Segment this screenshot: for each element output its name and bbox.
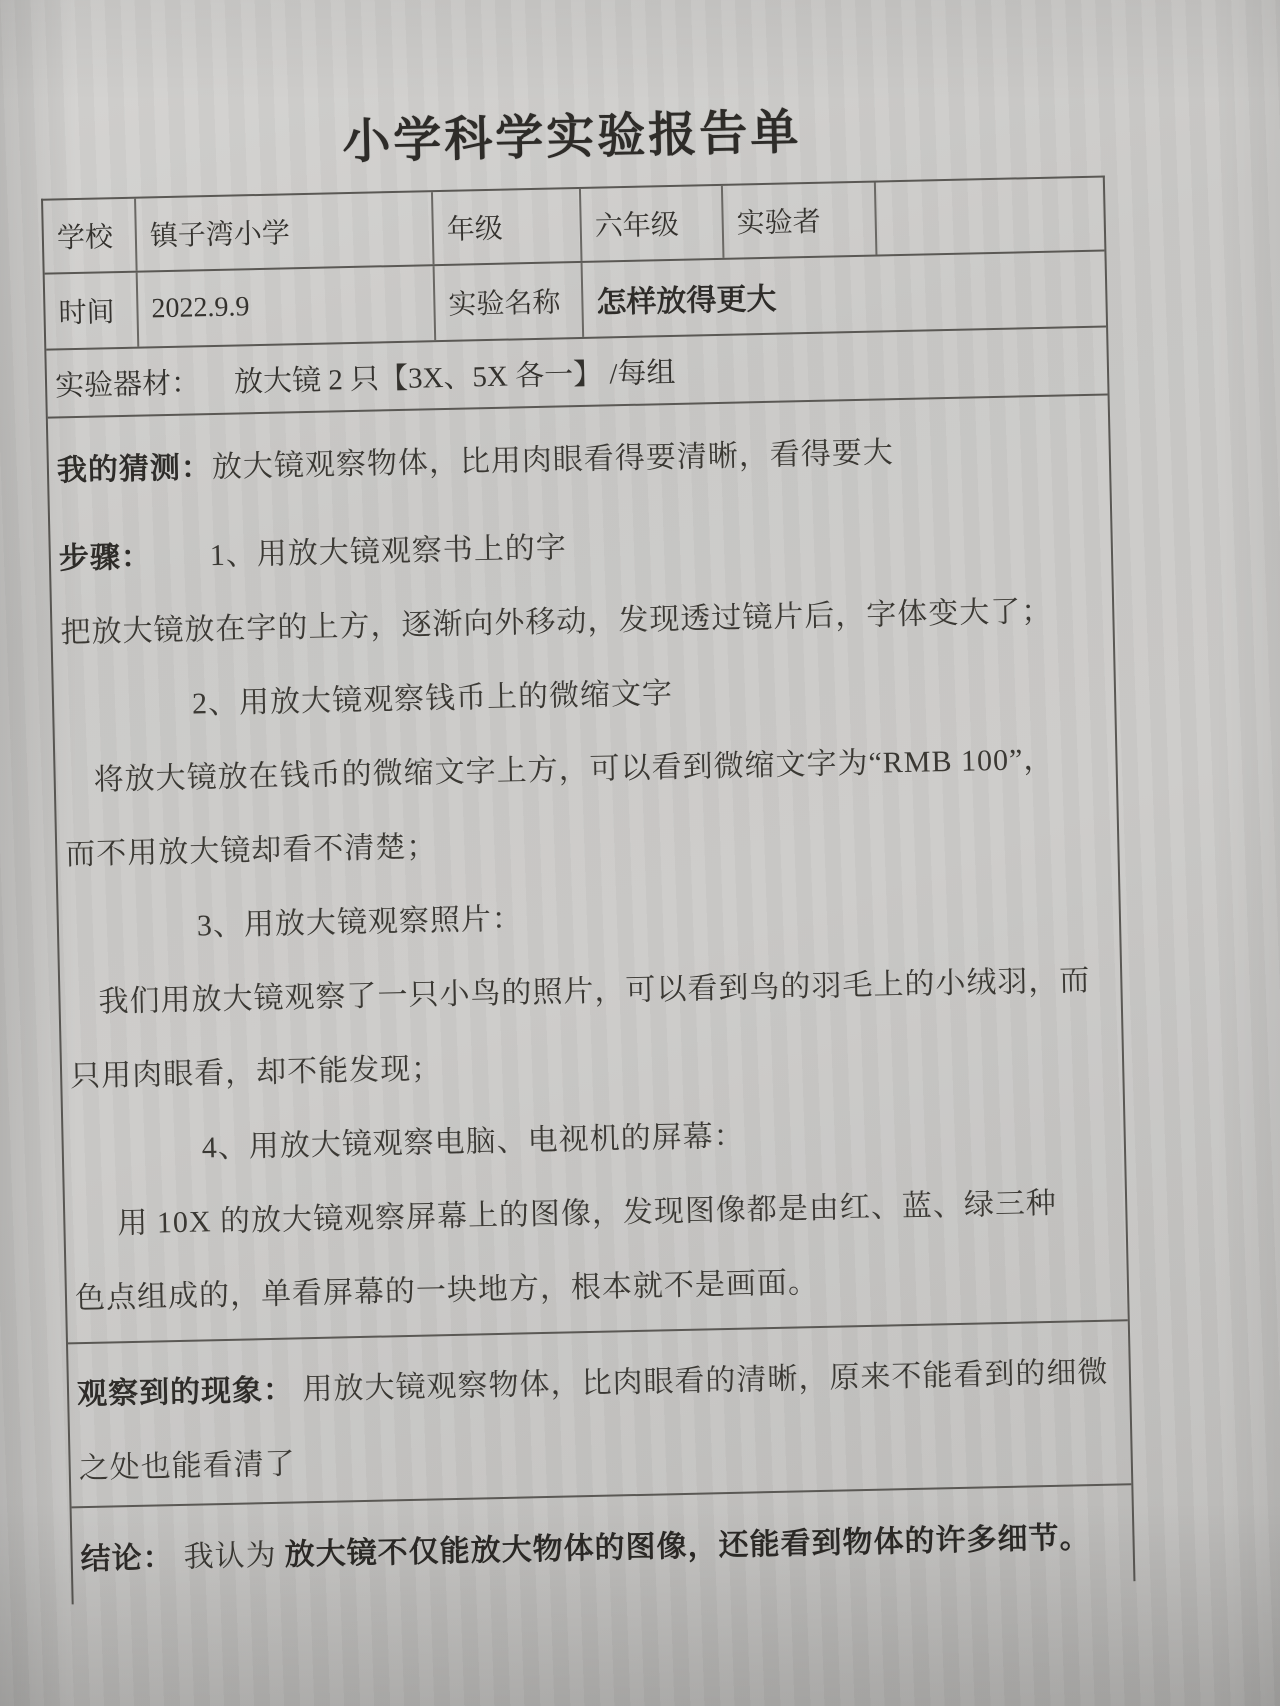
experiment-name-text: 怎样放得更大 [596, 274, 777, 322]
experimenter-value [876, 178, 1105, 255]
school-label: 学校 [43, 199, 138, 273]
steps-label: 步骤： [59, 540, 153, 575]
equipment-label: 实验器材： [55, 360, 201, 404]
table-row-observation: 观察到的现象： 用放大镜观察物体，比肉眼看的清晰，原来不能看到的细微 之处也能看… [68, 1321, 1131, 1508]
experiment-name-value: 怎样放得更大 [583, 252, 1106, 337]
conclusion-line: 结论：我认为放大镜不仅能放大物体的图像，还能看到物体的许多细节。 [80, 1512, 1091, 1578]
page-title: 小学科学实验报告单 [39, 87, 1104, 179]
guess-line: 我的猜测：放大镜观察物体，比用肉眼看得要清晰，看得要大 [56, 412, 1099, 509]
guess-label: 我的猜测： [57, 451, 213, 487]
school-value: 镇子湾小学 [136, 192, 435, 270]
report-sheet: 小学科学实验报告单 学校 镇子湾小学 年级 六年级 实验者 时间 2022.9.… [39, 87, 1135, 1605]
step-1-title: 1、用放大镜观察书上的字 [209, 531, 567, 572]
time-label: 时间 [45, 273, 140, 349]
conclusion-prefix: 我认为 [183, 1539, 277, 1574]
equipment-value: 放大镜 2 只【3X、5X 各一】 /每组 [234, 349, 676, 400]
observation-text-1: 用放大镜观察物体，比肉眼看的清晰，原来不能看到的细微 [302, 1356, 1109, 1407]
experiment-name-label: 实验名称 [435, 263, 585, 340]
conclusion-bold-text: 放大镜不仅能放大物体的图像，还能看到物体的许多细节。 [284, 1521, 1091, 1572]
report-table: 学校 镇子湾小学 年级 六年级 实验者 时间 2022.9.9 实验名称 怎样放… [41, 176, 1135, 1605]
time-value: 2022.9.9 [138, 266, 437, 346]
observation-label: 观察到的现象： [77, 1373, 295, 1411]
table-row-steps: 我的猜测：放大镜观察物体，比用肉眼看得要清晰，看得要大 步骤：1、用放大镜观察书… [48, 396, 1128, 1345]
guess-text: 放大镜观察物体，比用肉眼看得要清晰，看得要大 [212, 436, 895, 484]
equipment-line: 实验器材： 放大镜 2 只【3X、5X 各一】 /每组 [46, 337, 684, 417]
grade-label: 年级 [433, 189, 583, 264]
grade-value: 六年级 [581, 186, 725, 261]
conclusion-label: 结论： [80, 1541, 174, 1576]
experimenter-label: 实验者 [723, 183, 878, 258]
